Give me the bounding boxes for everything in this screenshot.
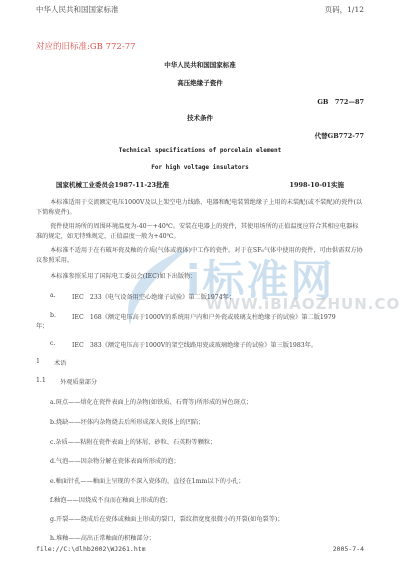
paragraph-temperature: 瓷件使用场所的周围环境温度为-40～+40℃。安装在电器上的瓷件，其使用场所的正… <box>36 222 364 241</box>
standard-number: GB 772—87 <box>317 97 364 106</box>
footer-date: 2005-7-4 <box>333 545 364 553</box>
implementation-date: 1998-10-01实施 <box>289 180 344 189</box>
term-item: f.釉泡——因烧成不良而在釉面上形成的泡； <box>50 495 172 504</box>
term-item: c.杂质——粘附在瓷件表面上的钵屑、砂粒、石英粉等颗粒； <box>50 437 216 446</box>
section-title: 术语 <box>54 358 66 367</box>
reference-item-continuation: 年； <box>36 321 48 330</box>
org-title: 中华人民共和国国家标准 <box>0 60 400 69</box>
reference-marker: b. <box>50 312 56 319</box>
document-title: 高压绝缘子瓷件 <box>0 78 400 87</box>
document-subtitle: 技术条件 <box>0 113 400 122</box>
term-item: e.釉面针孔——釉面上呈现的不深入瓷体的，直径在1mm以下的小孔； <box>50 476 245 485</box>
term-item: a.斑点——熔化在瓷件表面上的杂物(如铁质、石膏等)所形成的异色斑点； <box>50 397 252 406</box>
section-number: 1 <box>36 358 40 365</box>
term-item: h.堆釉——高出正常釉面的积釉部分； <box>50 533 155 542</box>
term-item: d.气泡——因杂物分解在瓷体表面所形成的泡； <box>50 456 180 465</box>
paragraph-exclusions: 本标准不适用于在有破坏瓷及釉的介质(气体或液体)中工作的瓷件。对于在SF₆气体中… <box>36 246 364 265</box>
reference-item: IEC 383《额定电压高于1000V的架空线路用瓷或玻璃绝缘子的试验》第三版1… <box>72 340 317 349</box>
term-item: b.烧缺——坯体内杂物烧去后所形成深入瓷体上的凹陷； <box>50 417 204 426</box>
replaces-standard: 代替GB772-77 <box>315 131 364 140</box>
footer-file-path: file://C:\dlhb2002\WJ261.htm <box>36 545 146 553</box>
paragraph-scope: 本标准适用于交流额定电压1000V及以上架空电力线路、电器和配电装置绝缘子上用的… <box>36 198 364 217</box>
subsection-number: 1.1 <box>36 377 46 384</box>
header-site-title: 中华人民共和国国家标准 <box>36 4 119 15</box>
subsection-title: 外观质量部分 <box>60 377 97 386</box>
reference-item: IEC 233《电气设备用空心绝缘子试验》第二版1974年； <box>72 292 235 301</box>
reference-marker: c. <box>50 340 55 347</box>
english-title-line2: For high voltage insulators <box>0 164 400 171</box>
watermark-url: WWW.iBIAOZHUN.COM <box>206 295 400 313</box>
term-item: g.开裂——烧成后在瓷体或釉面上形成的裂口，裂纹指宽度很微小的开裂(如龟裂等)； <box>50 514 284 523</box>
english-title-line1: Technical specifications of porcelain el… <box>0 147 400 154</box>
page-indicator: 页码，1/12 <box>325 4 364 15</box>
old-standard-label: 对应的旧标准:GB 772-77 <box>36 40 136 52</box>
approval-info: 国家机械工业委员会1987-11-23批准 <box>56 180 169 189</box>
reference-item: IEC 168《额定电压高于1000V的系统用户内和户外瓷或玻璃支柱绝缘子的试验… <box>72 312 336 321</box>
paragraph-references-intro: 本标准参照采用了国际电工委员会(IEC)如下出版物： <box>36 272 364 282</box>
reference-marker: a. <box>50 292 56 299</box>
